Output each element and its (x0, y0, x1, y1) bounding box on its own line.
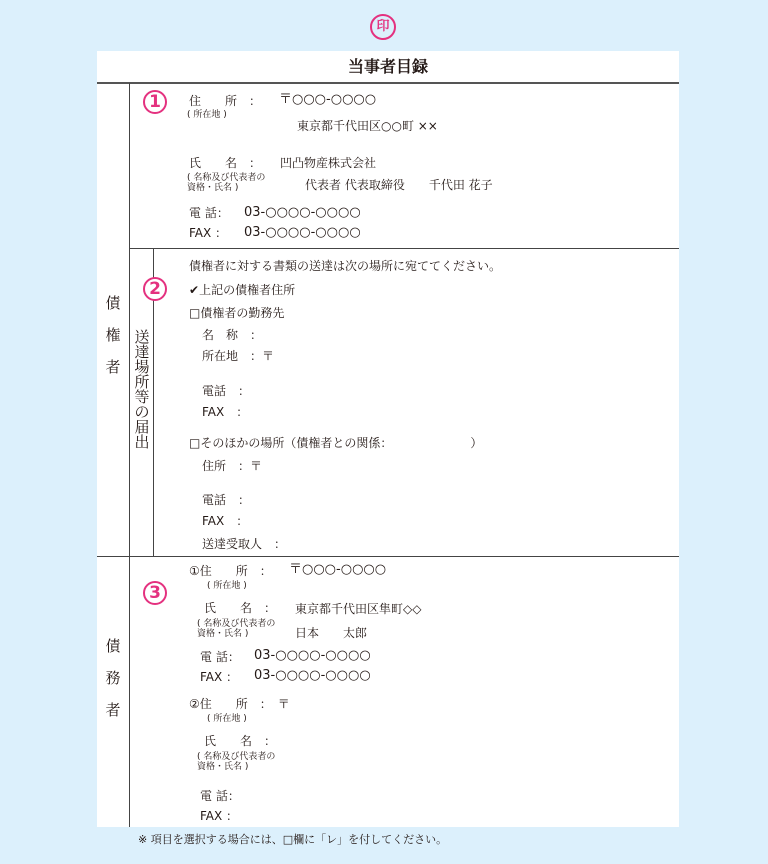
debtor1-postal: 〒○○○-○○○○ (289, 563, 386, 577)
tel-label: 電 話： (200, 789, 240, 803)
address-sublabel: ( 所在地 ) (207, 581, 247, 591)
workplace-name-label: 名 称 ： (202, 328, 262, 342)
debtor1-address: 東京都千代田区隼町◇◇ (295, 602, 421, 616)
tel-label: 電 話： (189, 206, 229, 220)
name-label: 氏 名 ： (189, 156, 261, 170)
debtor-label: 債 務 者 (102, 639, 124, 718)
creditor-label: 債 権 者 (102, 296, 124, 375)
debtor1-name-label: 氏 名 ： (204, 601, 276, 615)
checkbox-icon[interactable]: □ (189, 436, 200, 450)
footer-note: ※ 項目を選択する場合には、□欄に「レ」を付してください。 (138, 831, 447, 847)
option-workplace[interactable]: □債権者の勤務先 (189, 306, 284, 320)
address-sublabel: ( 所在地 ) (207, 714, 247, 724)
service-intro: 債権者に対する書類の送達は次の場所に宛ててください。 (189, 259, 501, 273)
tel-value: 03-○○○○-○○○○ (244, 206, 361, 220)
name-sublabel: ( 名称及び代表者の (197, 752, 275, 762)
name-sublabel: 資格・氏名 ) (187, 183, 238, 193)
fax-value: 03-○○○○-○○○○ (244, 226, 361, 240)
party-list-sheet: 当事者目録 債 権 者 1 住 所 ： ( 所在地 ) 〒○○○-○○○○ 東京… (97, 51, 679, 827)
name-sublabel: 資格・氏名 ) (197, 629, 248, 639)
other-fax-label: FAX ： (202, 514, 248, 528)
debtor2-address-label: ②住 所 ： 〒 (189, 697, 290, 711)
section-number-2: 2 (143, 277, 167, 301)
workplace-fax-label: FAX ： (202, 405, 248, 419)
tel-label: 電 話： (200, 650, 240, 664)
company-name: 凹凸物産株式会社 (280, 156, 376, 170)
debtor1-address-label: ①住 所 ： (189, 564, 272, 578)
divider (129, 248, 679, 249)
creditor-address: 東京都千代田区○○町 ×× (297, 119, 438, 133)
workplace-tel-label: 電話 ： (202, 384, 250, 398)
representative: 代表者 代表取締役 千代田 花子 (305, 178, 493, 192)
name-sublabel: 資格・氏名 ) (197, 762, 248, 772)
other-tel-label: 電話 ： (202, 493, 250, 507)
divider (97, 556, 679, 557)
postal-code: 〒○○○-○○○○ (279, 93, 376, 107)
option-creditor-address[interactable]: ✔上記の債権者住所 (189, 283, 295, 297)
debtor1-fax: 03-○○○○-○○○○ (254, 669, 371, 683)
section-number-3: 3 (143, 581, 167, 605)
name-sublabel: ( 名称及び代表者の (187, 173, 265, 183)
other-address-label: 住所 ：〒 (202, 459, 262, 473)
checkbox-icon[interactable]: □ (189, 306, 200, 320)
fax-label: FAX ： (200, 809, 238, 823)
fax-label: FAX ： (200, 670, 238, 684)
address-label: 住 所 ： (189, 94, 261, 108)
divider (129, 83, 130, 827)
name-sublabel: ( 名称及び代表者の (197, 619, 275, 629)
checkbox-checked-icon[interactable]: ✔ (189, 283, 199, 297)
debtor1-name: 日本 太郎 (295, 626, 367, 640)
service-address-label: 送 達 場 所 等 の 届 出 (133, 330, 151, 450)
debtor1-tel: 03-○○○○-○○○○ (254, 649, 371, 663)
seal-stamp-icon: 印 (370, 14, 396, 40)
workplace-address-label: 所在地 ：〒 (202, 349, 274, 363)
debtor2-name-label: 氏 名 ： (204, 734, 276, 748)
address-sublabel: ( 所在地 ) (187, 110, 227, 120)
recipient-label: 送達受取人 ： (202, 537, 286, 551)
fax-label: FAX ： (189, 226, 227, 240)
page-title: 当事者目録 (97, 51, 679, 84)
section-number-1: 1 (143, 90, 167, 114)
option-other-place[interactable]: □そのほかの場所（債権者との関係： ） (189, 436, 482, 450)
